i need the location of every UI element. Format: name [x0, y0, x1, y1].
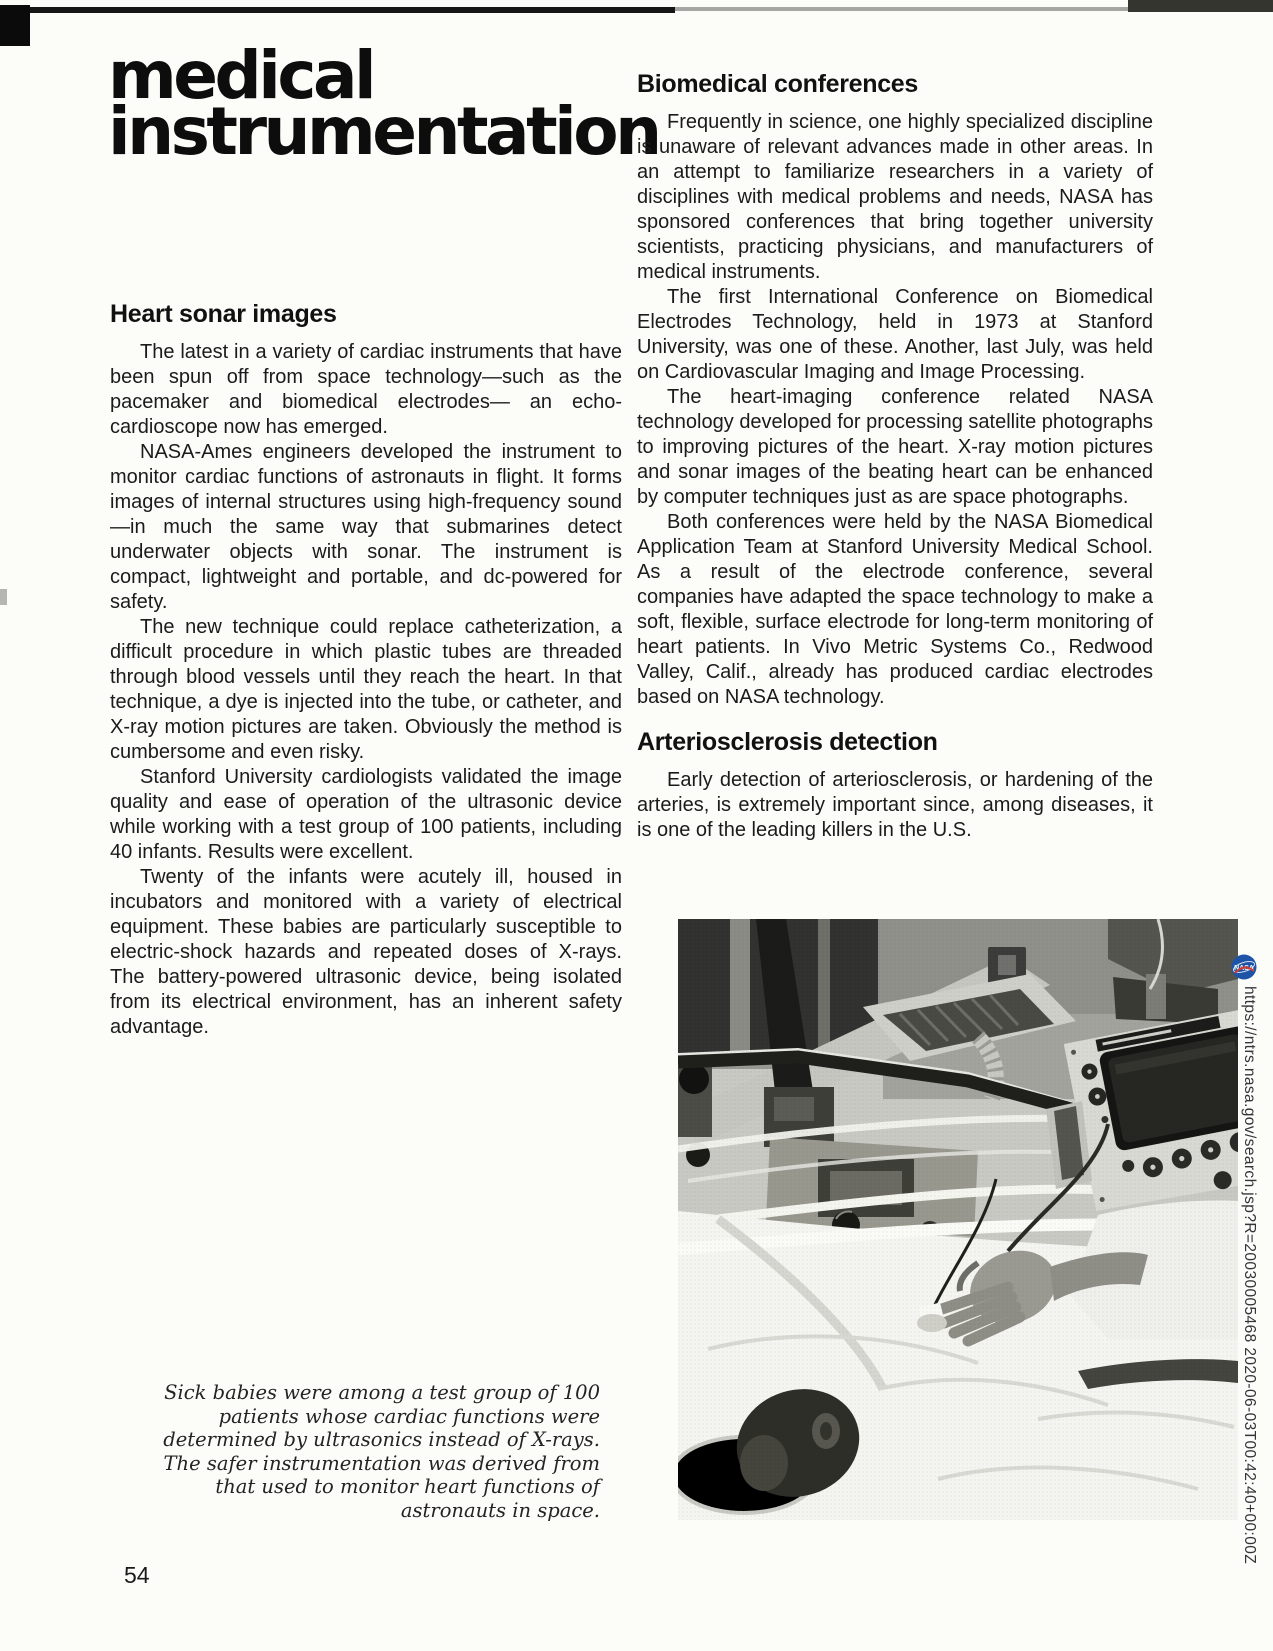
- paragraph: Frequently in science, one highly specia…: [637, 110, 1153, 285]
- heading-biomedical-conferences: Biomedical conferences: [637, 70, 1153, 98]
- column-right: Biomedical conferences Frequently in sci…: [637, 70, 1153, 843]
- paragraph: The first International Conference on Bi…: [637, 285, 1153, 385]
- corner-block: [0, 5, 30, 46]
- heading-arteriosclerosis-detection: Arteriosclerosis detection: [637, 728, 1153, 756]
- top-rule-right: [1128, 0, 1273, 12]
- paragraph: Early detection of arteriosclerosis, or …: [637, 768, 1153, 843]
- paragraph: Both conferences were held by the NASA B…: [637, 510, 1153, 710]
- nasa-logo-icon: NASA: [1231, 954, 1257, 980]
- paragraph: The latest in a variety of cardiac instr…: [110, 340, 622, 440]
- paragraph: The heart-imaging conference related NAS…: [637, 385, 1153, 510]
- watermark-url: https://ntrs.nasa.gov/search.jsp?R=20030…: [1240, 986, 1258, 1564]
- masthead-title: medical instrumentation: [108, 48, 659, 160]
- top-rule-middle: [675, 7, 1130, 11]
- top-rule-left: [30, 7, 675, 13]
- heading-heart-sonar-images: Heart sonar images: [110, 300, 622, 328]
- masthead-line-2: instrumentation: [108, 104, 659, 160]
- paragraph: The new technique could replace catheter…: [110, 615, 622, 765]
- photo-caption: Sick babies were among a test group of 1…: [128, 1381, 600, 1522]
- incubator-photo: [678, 919, 1238, 1520]
- document-page: medical instrumentation Heart sonar imag…: [0, 0, 1273, 1651]
- paragraph: Stanford University cardiologists valida…: [110, 765, 622, 865]
- page-number: 54: [124, 1562, 150, 1589]
- paragraph: Twenty of the infants were acutely ill, …: [110, 865, 622, 1040]
- paragraph: NASA-Ames engineers developed the instru…: [110, 440, 622, 615]
- column-left: Heart sonar images The latest in a varie…: [110, 300, 622, 1040]
- margin-mark: [0, 589, 7, 605]
